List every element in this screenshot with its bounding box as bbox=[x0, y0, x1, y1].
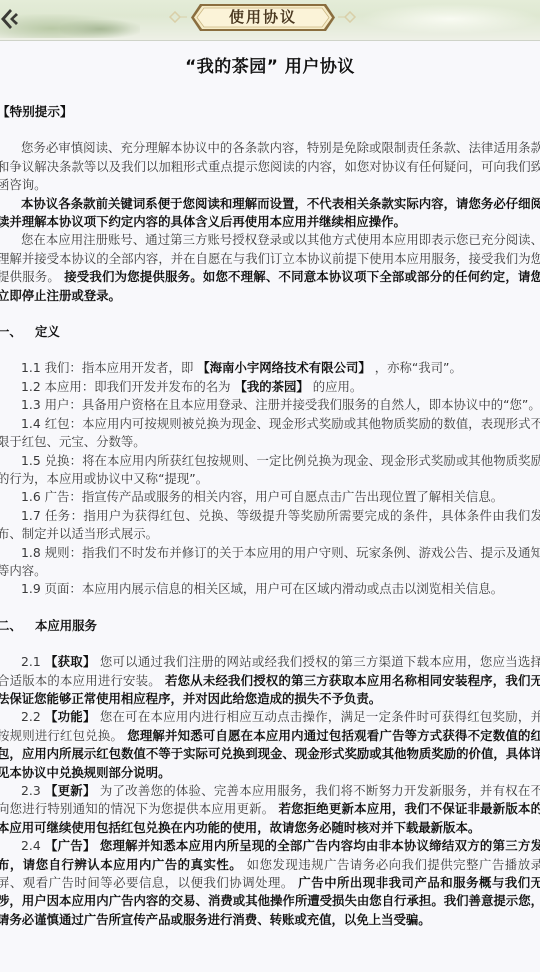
definition-item: 1.4 红包：本应用内可按规则被兑换为现金、现金形式奖励或其他物质奖励的数值，表… bbox=[0, 415, 540, 452]
section-number: 二、 bbox=[0, 617, 35, 635]
definition-item: 1.2 本应用：即我们开发并发布的名为 【我的茶园】 的应用。 bbox=[0, 378, 540, 396]
definition-item: 1.3 用户：具备用户资格在且本应用登录、注册并接受我们服务的自然人，即本协议中… bbox=[0, 396, 540, 414]
text-segment: 的应用。 bbox=[309, 379, 363, 394]
section-title: 本应用服务 bbox=[35, 617, 97, 635]
definition-item: 1.7 任务：指用户为获得红包、兑换、等级提升等奖励所需要完成的条件，具体条件由… bbox=[0, 507, 540, 544]
page-title: 使用协议 bbox=[190, 3, 336, 32]
top-header-bar: 使用协议 bbox=[0, 0, 540, 41]
definition-item: 1.9 页面：本应用内展示信息的相关区域，用户可在区域内滑动或点击以浏览相关信息… bbox=[0, 580, 540, 598]
section-1-items: 1.1 我们：指本应用开发者，即 【海南小宇网络技术有限公司】 ，亦称“我司”。… bbox=[0, 359, 540, 598]
text-segment: 您务必审慎阅读、充分理解本协议中的各条款内容，特别是免除或限制责任条款、法律适用… bbox=[0, 140, 540, 192]
header-landscape-decoration bbox=[360, 4, 540, 34]
notice-paragraph: 您在本应用注册账号、通过第三方账号授权登录或以其他方式使用本应用即表示您已充分阅… bbox=[0, 231, 540, 305]
diamond-ornament-icon bbox=[168, 11, 188, 23]
header-landscape-decoration bbox=[60, 20, 140, 38]
section-2-heading: 二、 本应用服务 bbox=[0, 617, 540, 635]
text-segment: 2.3 bbox=[21, 783, 45, 798]
special-notice-paragraphs: 您务必审慎阅读、充分理解本协议中的各条款内容，特别是免除或限制责任条款、法律适用… bbox=[0, 139, 540, 305]
text-segment: 1.9 页面：本应用内展示信息的相关区域，用户可在区域内滑动或点击以浏览相关信息… bbox=[21, 581, 503, 596]
text-segment: 1.3 用户：具备用户资格在且本应用登录、注册并接受我们服务的自然人，即本协议中… bbox=[21, 397, 540, 412]
text-segment: 2.1 bbox=[21, 654, 45, 669]
text-segment: 1.7 任务：指用户为获得红包、兑换、等级提升等奖励所需要完成的条件，具体条件由… bbox=[0, 508, 540, 541]
text-segment: 1.4 红包：本应用内可按规则被兑换为现金、现金形式奖励或其他物质奖励的数值，表… bbox=[0, 416, 540, 449]
definition-item: 1.6 广告：指宣传产品或服务的相关内容，用户可自愿点击广告出现位置了解相关信息… bbox=[0, 488, 540, 506]
service-item: 2.4 【广告】 您理解并知悉本应用内所呈现的全部广告内容均由非本协议缔结双方的… bbox=[0, 837, 540, 929]
section-2-items: 2.1 【获取】 您可以通过我们注册的网站或经我们授权的第三方渠道下载本应用，您… bbox=[0, 653, 540, 929]
service-item: 2.1 【获取】 您可以通过我们注册的网站或经我们授权的第三方渠道下载本应用，您… bbox=[0, 653, 540, 708]
diamond-ornament-icon bbox=[337, 11, 357, 23]
service-item: 2.2 【功能】 您在可在本应用内进行相应互动点击操作，满足一定条件时可获得红包… bbox=[0, 708, 540, 782]
bold-text-segment: 【广告】 bbox=[45, 838, 96, 853]
text-segment: ，亦称“我司”。 bbox=[371, 360, 462, 375]
text-segment: 1.5 兑换：将在本应用内所获红包按规则、一定比例兑换为现金、现金形式奖励或其他… bbox=[0, 453, 540, 486]
back-button[interactable] bbox=[0, 6, 22, 32]
bold-text-segment: 【获取】 bbox=[45, 654, 96, 669]
section-number: 一、 bbox=[0, 323, 35, 341]
page-title-banner: 使用协议 bbox=[190, 3, 336, 32]
agreement-body[interactable]: 【特别提示】 您务必审慎阅读、充分理解本协议中的各条款内容，特别是免除或限制责任… bbox=[0, 103, 540, 929]
text-segment: 1.2 本应用：即我们开发并发布的名为 bbox=[21, 379, 234, 394]
text-segment: 1.6 广告：指宣传产品或服务的相关内容，用户可自愿点击广告出现位置了解相关信息… bbox=[21, 489, 503, 504]
notice-paragraph: 本协议各条款前关键词系便于您阅读和理解而设置，不代表相关条款实际内容，请您务必仔… bbox=[0, 195, 540, 232]
text-segment: 2.4 bbox=[21, 838, 45, 853]
double-chevron-left-icon bbox=[0, 6, 22, 32]
text-segment: 1.1 我们：指本应用开发者，即 bbox=[21, 360, 197, 375]
special-notice-heading: 【特别提示】 bbox=[0, 103, 540, 121]
definition-item: 1.8 规则：指我们不时发布并修订的关于本应用的用户守则、玩家条例、游戏公告、提… bbox=[0, 544, 540, 581]
definition-item: 1.1 我们：指本应用开发者，即 【海南小宇网络技术有限公司】 ，亦称“我司”。 bbox=[0, 359, 540, 377]
bold-text-segment: 接受我们为您提供服务。如您不理解、不同意本协议项下全部或部分的任何约定，请您立即… bbox=[0, 269, 540, 302]
document-title: “我的茶园” 用户协议 bbox=[0, 52, 540, 77]
service-item: 2.3 【更新】 为了改善您的体验、完善本应用服务，我们将不断努力开发新服务，并… bbox=[0, 782, 540, 837]
definition-item: 1.5 兑换：将在本应用内所获红包按规则、一定比例兑换为现金、现金形式奖励或其他… bbox=[0, 452, 540, 489]
bold-text-segment: 【海南小宇网络技术有限公司】 bbox=[197, 360, 370, 375]
text-segment: 2.2 bbox=[21, 709, 45, 724]
notice-paragraph: 您务必审慎阅读、充分理解本协议中的各条款内容，特别是免除或限制责任条款、法律适用… bbox=[0, 139, 540, 194]
section-1-heading: 一、 定义 bbox=[0, 323, 540, 341]
bold-text-segment: 本协议各条款前关键词系便于您阅读和理解而设置，不代表相关条款实际内容，请您务必仔… bbox=[0, 196, 540, 229]
bold-text-segment: 【更新】 bbox=[45, 783, 96, 798]
bold-text-segment: 【功能】 bbox=[45, 709, 96, 724]
text-segment: 1.8 规则：指我们不时发布并修订的关于本应用的用户守则、玩家条例、游戏公告、提… bbox=[0, 545, 540, 578]
bold-text-segment: 【我的茶园】 bbox=[234, 379, 308, 394]
section-title: 定义 bbox=[35, 323, 60, 341]
